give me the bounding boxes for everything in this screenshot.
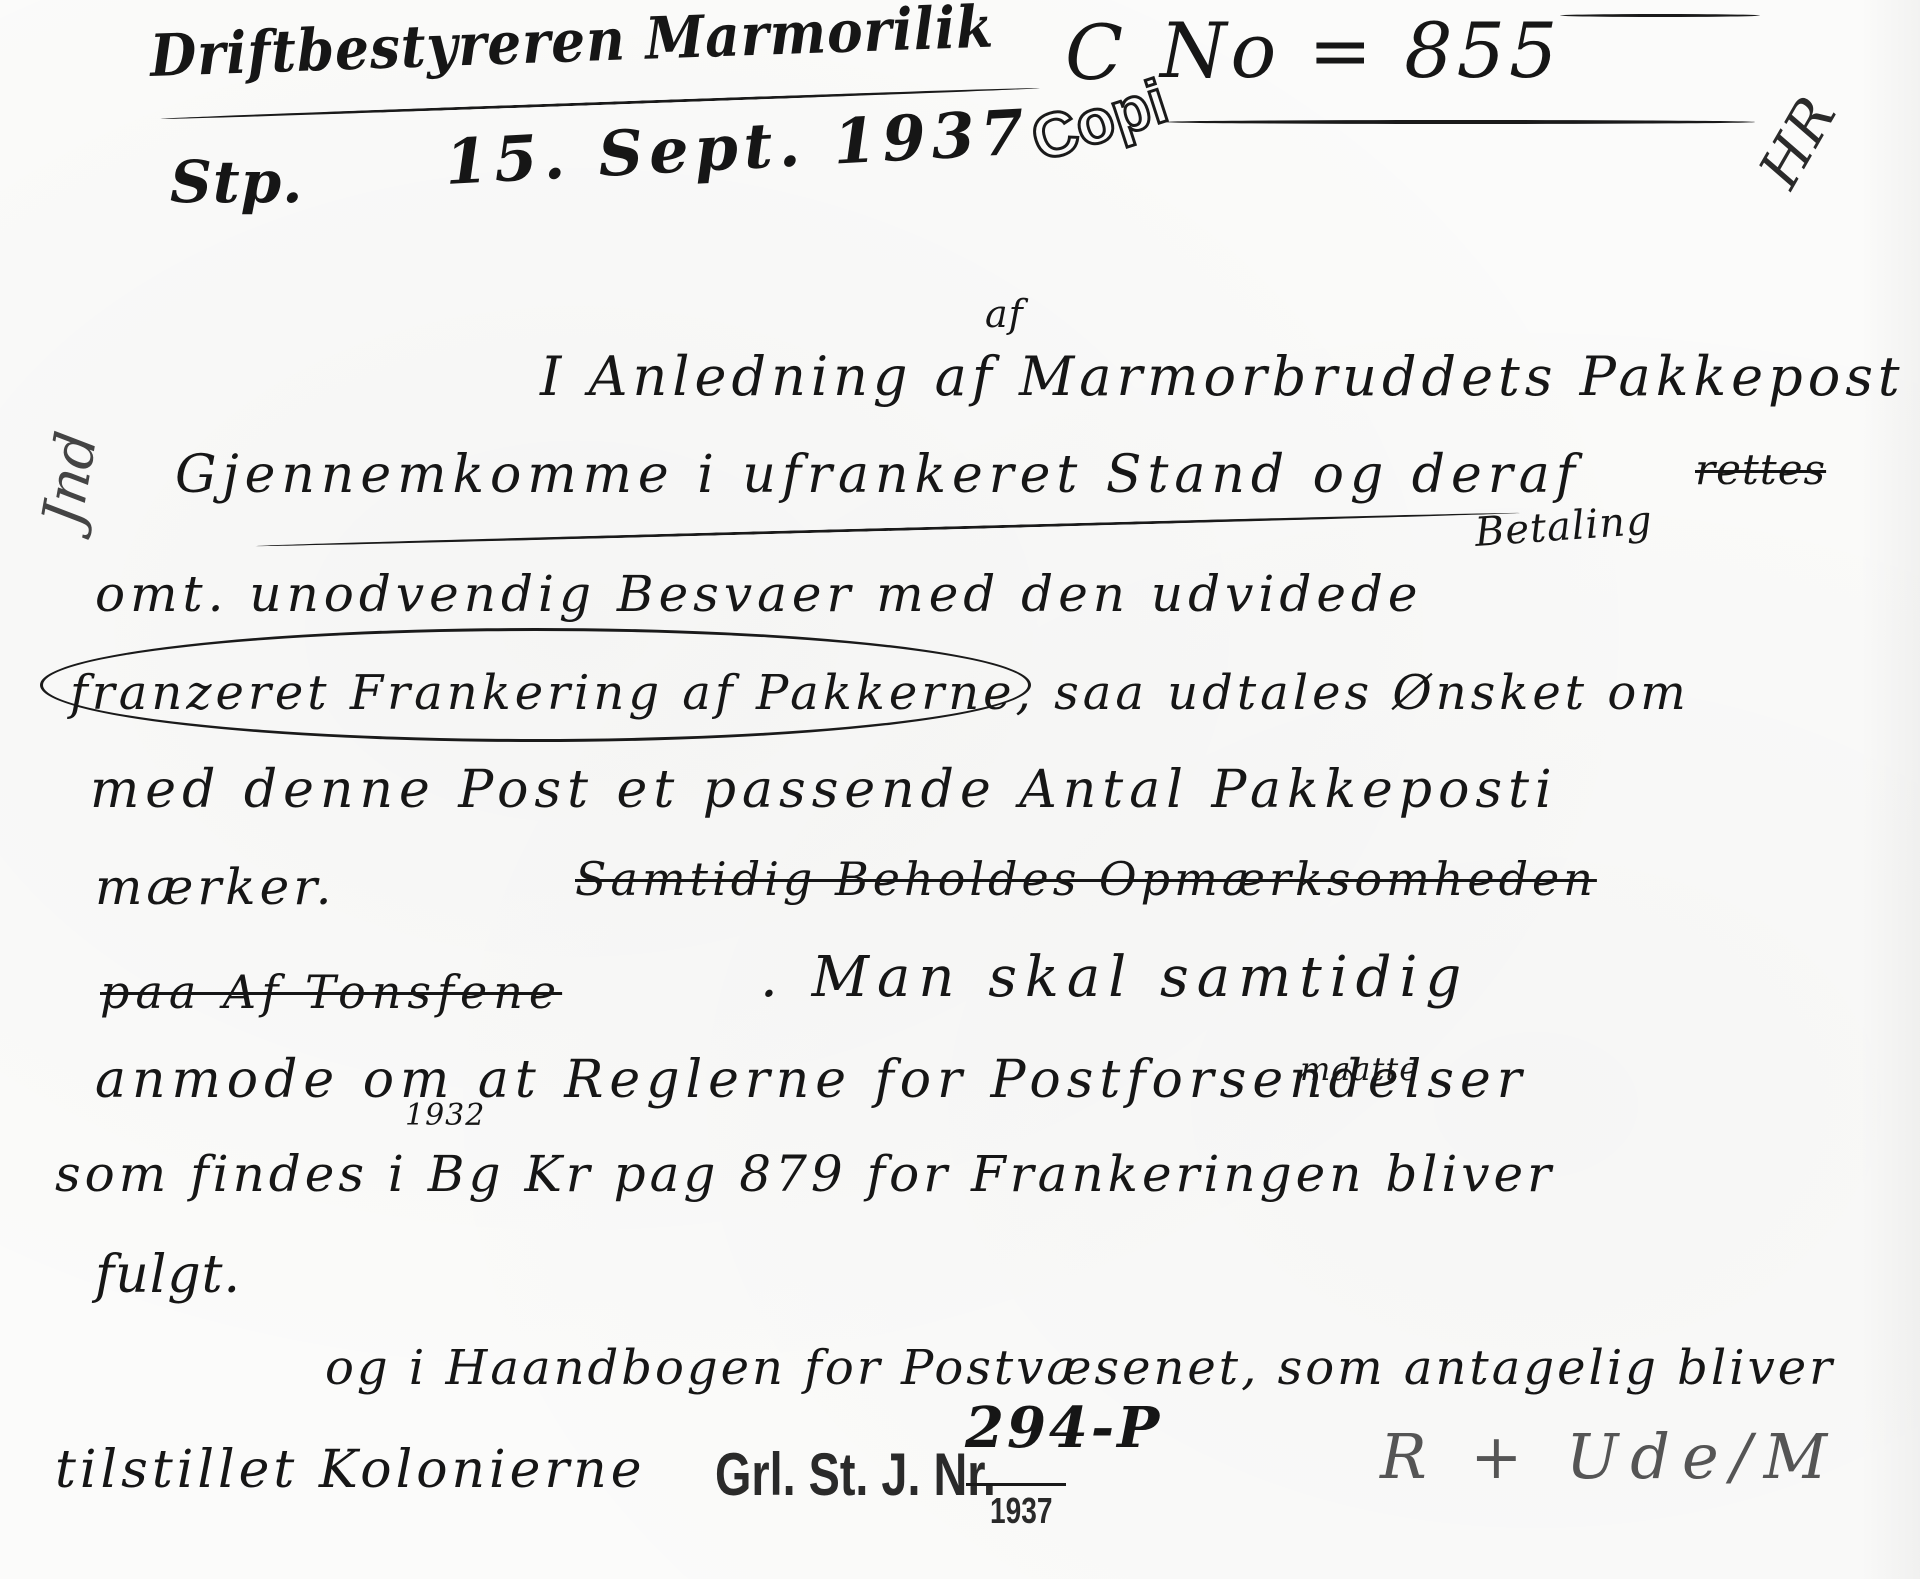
journal-fraction-bar <box>966 1483 1066 1486</box>
body-line-4: franzeret Frankering af Pakkerne, saa ud… <box>70 665 1690 721</box>
scan-edge-shadow <box>1860 0 1920 1579</box>
copi-stamp: Copi <box>1023 66 1176 176</box>
document-number: No = 855 <box>1160 6 1561 95</box>
body-line-11: og i Haandbogen for Postvæsenet, som ant… <box>325 1340 1835 1396</box>
body-line-12: tilstillet Kolonierne <box>55 1440 646 1500</box>
body-line-9: som findes i Bg Kr pag 879 for Frankerin… <box>55 1145 1555 1203</box>
journal-label: Grl. St. J. Nr. <box>715 1440 996 1509</box>
insertion-betaling: Betaling <box>1473 498 1654 556</box>
body-line-1: I Anledning af Marmorbruddets Pakkepost <box>540 345 1905 408</box>
superscript-maatte: maatte <box>1300 1050 1419 1088</box>
superscript-1932: 1932 <box>405 1098 485 1133</box>
number-underline <box>1560 14 1760 17</box>
date: 15. Sept. 1937 <box>443 95 1031 199</box>
margin-note-left: Jnd <box>30 427 110 531</box>
body-line-5: med denne Post et passende Antal Pakkepo… <box>90 760 1558 820</box>
place: Stp. <box>170 148 303 216</box>
body-line-3: omt. unodvendig Besvaer med den udvidede <box>95 565 1423 623</box>
body-line-2-struck: rettes <box>1695 445 1826 494</box>
body-line-7-struck: paa Af Tonsfene <box>100 965 562 1019</box>
body-line-10: fulgt. <box>95 1245 241 1305</box>
body-line-2: Gjennemkomme i ufrankeret Stand og deraf <box>175 445 1581 505</box>
signature: R + Ude/M <box>1380 1420 1839 1493</box>
journal-year: 1937 <box>990 1490 1052 1532</box>
long-underline <box>255 511 1520 547</box>
insertion-af: af <box>985 292 1024 336</box>
margin-note-right: HR <box>1747 86 1850 199</box>
addressee: Driftbestyreren Marmorilik <box>149 0 995 90</box>
journal-number: 294-P <box>965 1395 1162 1461</box>
stamp-flourish <box>1165 120 1755 124</box>
body-line-6: mærker. <box>95 858 336 916</box>
scanned-document-page: Driftbestyreren Marmorilik C No = 855 Co… <box>0 0 1920 1579</box>
body-line-7: . Man skal samtidig <box>760 945 1469 1010</box>
body-line-6-struck: Samtidig Beholdes Opmærksomheden <box>575 852 1597 906</box>
